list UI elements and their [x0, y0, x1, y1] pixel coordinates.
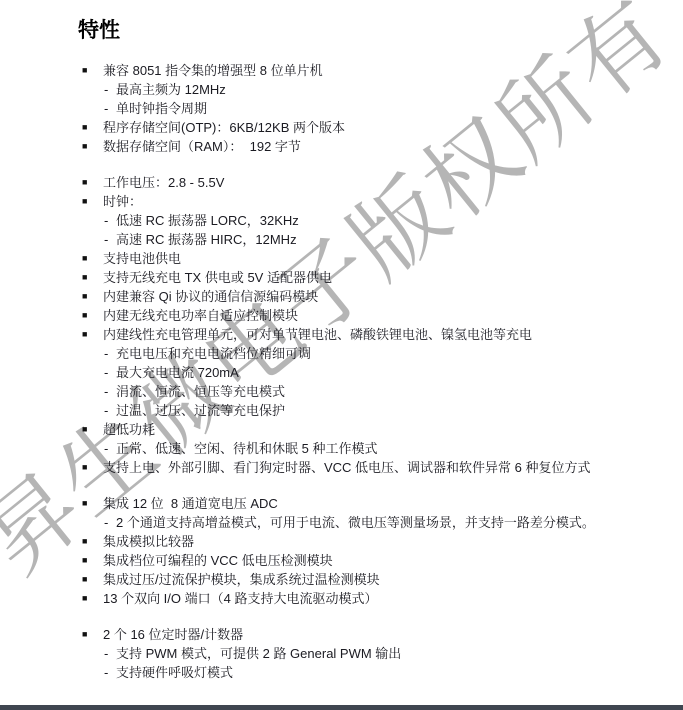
feature-item: ■支持电池供电	[78, 249, 663, 268]
dash-icon: -	[104, 363, 108, 382]
feature-text: 数据存储空间（RAM）： 192 字节	[103, 139, 301, 154]
feature-text: 工作电压：2.8 - 5.5V	[103, 175, 224, 190]
dash-icon: -	[104, 644, 108, 663]
dash-icon: -	[104, 401, 108, 420]
feature-text: 支持 PWM 模式，可提供 2 路 General PWM 输出	[116, 646, 401, 661]
feature-item: ■集成模拟比较器	[78, 532, 663, 551]
feature-text: 集成档位可编程的 VCC 低电压检测模块	[103, 553, 333, 568]
feature-item: ■集成 12 位 8 通道宽电压 ADC	[78, 494, 663, 513]
dash-icon: -	[104, 230, 108, 249]
feature-item: ■兼容 8051 指令集的增强型 8 位单片机	[78, 61, 663, 80]
bullet-square-icon: ■	[82, 249, 87, 268]
feature-item: ■2 个 16 位定时器/计数器	[78, 625, 663, 644]
datasheet-page: 昇生微电子版权所有 特性 ■兼容 8051 指令集的增强型 8 位单片机 -最高…	[0, 0, 683, 710]
bullet-square-icon: ■	[82, 118, 87, 137]
feature-subitem: -充电电压和充电电流档位精细可调	[78, 344, 663, 363]
feature-subitem: -支持 PWM 模式，可提供 2 路 General PWM 输出	[78, 644, 663, 663]
feature-subitem: -2 个通道支持高增益模式，可用于电流、微电压等测量场景，并支持一路差分模式。	[78, 513, 663, 532]
feature-item: ■超低功耗	[78, 420, 663, 439]
feature-text: 正常、低速、空闲、待机和休眠 5 种工作模式	[116, 441, 377, 456]
dash-icon: -	[104, 80, 108, 99]
bullet-square-icon: ■	[82, 494, 87, 513]
bullet-square-icon: ■	[82, 589, 87, 608]
feature-subitem: -低速 RC 振荡器 LORC，32KHz	[78, 211, 663, 230]
feature-item: ■数据存储空间（RAM）： 192 字节	[78, 137, 663, 156]
dash-icon: -	[104, 344, 108, 363]
feature-text: 支持上电、外部引脚、看门狗定时器、VCC 低电压、调试器和软件异常 6 种复位方…	[103, 460, 591, 475]
feature-text: 内建无线充电功率自适应控制模块	[103, 308, 298, 323]
feature-text: 2 个 16 位定时器/计数器	[103, 627, 243, 642]
page-title: 特性	[78, 18, 663, 44]
bullet-square-icon: ■	[82, 173, 87, 192]
feature-text: 过温、过压、过流等充电保护	[116, 403, 285, 418]
bullet-square-icon: ■	[82, 532, 87, 551]
feature-text: 支持无线充电 TX 供电或 5V 适配器供电	[103, 270, 332, 285]
feature-text: 低速 RC 振荡器 LORC，32KHz	[116, 213, 299, 228]
bullet-square-icon: ■	[82, 192, 87, 211]
feature-text: 充电电压和充电电流档位精细可调	[116, 346, 311, 361]
feature-item: ■内建无线充电功率自适应控制模块	[78, 306, 663, 325]
feature-text: 最高主频为 12MHz	[116, 82, 226, 97]
feature-text: 最大充电电流 720mA	[116, 365, 239, 380]
footer-divider-bar	[0, 705, 683, 710]
feature-item: ■程序存储空间(OTP)：6KB/12KB 两个版本	[78, 118, 663, 137]
feature-text: 内建兼容 Qi 协议的通信信源编码模块	[103, 289, 318, 304]
feature-text: 高速 RC 振荡器 HIRC，12MHz	[116, 232, 297, 247]
dash-icon: -	[104, 211, 108, 230]
bullet-square-icon: ■	[82, 420, 87, 439]
bullet-square-icon: ■	[82, 625, 87, 644]
feature-item: ■时钟：	[78, 192, 663, 211]
dash-icon: -	[104, 382, 108, 401]
dash-icon: -	[104, 663, 108, 682]
feature-text: 涓流、恒流、恒压等充电模式	[116, 384, 285, 399]
dash-icon: -	[104, 513, 108, 532]
bullet-square-icon: ■	[82, 268, 87, 287]
feature-item: ■集成过压/过流保护模块，集成系统过温检测模块	[78, 570, 663, 589]
feature-item: ■13 个双向 I/O 端口（4 路支持大电流驱动模式）	[78, 589, 663, 608]
feature-text: 集成过压/过流保护模块，集成系统过温检测模块	[103, 572, 380, 587]
bullet-square-icon: ■	[82, 551, 87, 570]
feature-subitem: -过温、过压、过流等充电保护	[78, 401, 663, 420]
page-content: 特性 ■兼容 8051 指令集的增强型 8 位单片机 -最高主频为 12MHz …	[0, 0, 683, 682]
feature-text: 单时钟指令周期	[116, 101, 207, 116]
feature-item: ■支持上电、外部引脚、看门狗定时器、VCC 低电压、调试器和软件异常 6 种复位…	[78, 458, 663, 477]
feature-item: ■内建兼容 Qi 协议的通信信源编码模块	[78, 287, 663, 306]
feature-text: 程序存储空间(OTP)：6KB/12KB 两个版本	[103, 120, 345, 135]
feature-list: ■兼容 8051 指令集的增强型 8 位单片机 -最高主频为 12MHz -单时…	[78, 61, 663, 682]
feature-subitem: -最大充电电流 720mA	[78, 363, 663, 382]
feature-item: ■内建线性充电管理单元，可对单节锂电池、磷酸铁锂电池、镍氢电池等充电	[78, 325, 663, 344]
bullet-square-icon: ■	[82, 137, 87, 156]
feature-text: 超低功耗	[103, 422, 155, 437]
feature-item: ■集成档位可编程的 VCC 低电压检测模块	[78, 551, 663, 570]
feature-text: 2 个通道支持高增益模式，可用于电流、微电压等测量场景，并支持一路差分模式。	[116, 515, 595, 530]
feature-subitem: -高速 RC 振荡器 HIRC，12MHz	[78, 230, 663, 249]
dash-icon: -	[104, 439, 108, 458]
feature-text: 内建线性充电管理单元，可对单节锂电池、磷酸铁锂电池、镍氢电池等充电	[103, 327, 532, 342]
feature-item: ■工作电压：2.8 - 5.5V	[78, 173, 663, 192]
bullet-square-icon: ■	[82, 61, 87, 80]
bullet-square-icon: ■	[82, 458, 87, 477]
bullet-square-icon: ■	[82, 325, 87, 344]
feature-subitem: -支持硬件呼吸灯模式	[78, 663, 663, 682]
feature-text: 兼容 8051 指令集的增强型 8 位单片机	[103, 63, 323, 78]
feature-text: 时钟：	[103, 194, 142, 209]
feature-item: ■支持无线充电 TX 供电或 5V 适配器供电	[78, 268, 663, 287]
feature-text: 13 个双向 I/O 端口（4 路支持大电流驱动模式）	[103, 591, 377, 606]
feature-text: 集成 12 位 8 通道宽电压 ADC	[103, 496, 278, 511]
feature-subitem: -正常、低速、空闲、待机和休眠 5 种工作模式	[78, 439, 663, 458]
bullet-square-icon: ■	[82, 570, 87, 589]
feature-subitem: -涓流、恒流、恒压等充电模式	[78, 382, 663, 401]
feature-subitem: -最高主频为 12MHz	[78, 80, 663, 99]
dash-icon: -	[104, 99, 108, 118]
bullet-square-icon: ■	[82, 287, 87, 306]
bullet-square-icon: ■	[82, 306, 87, 325]
feature-text: 支持电池供电	[103, 251, 181, 266]
feature-text: 集成模拟比较器	[103, 534, 194, 549]
feature-subitem: -单时钟指令周期	[78, 99, 663, 118]
feature-text: 支持硬件呼吸灯模式	[116, 665, 233, 680]
